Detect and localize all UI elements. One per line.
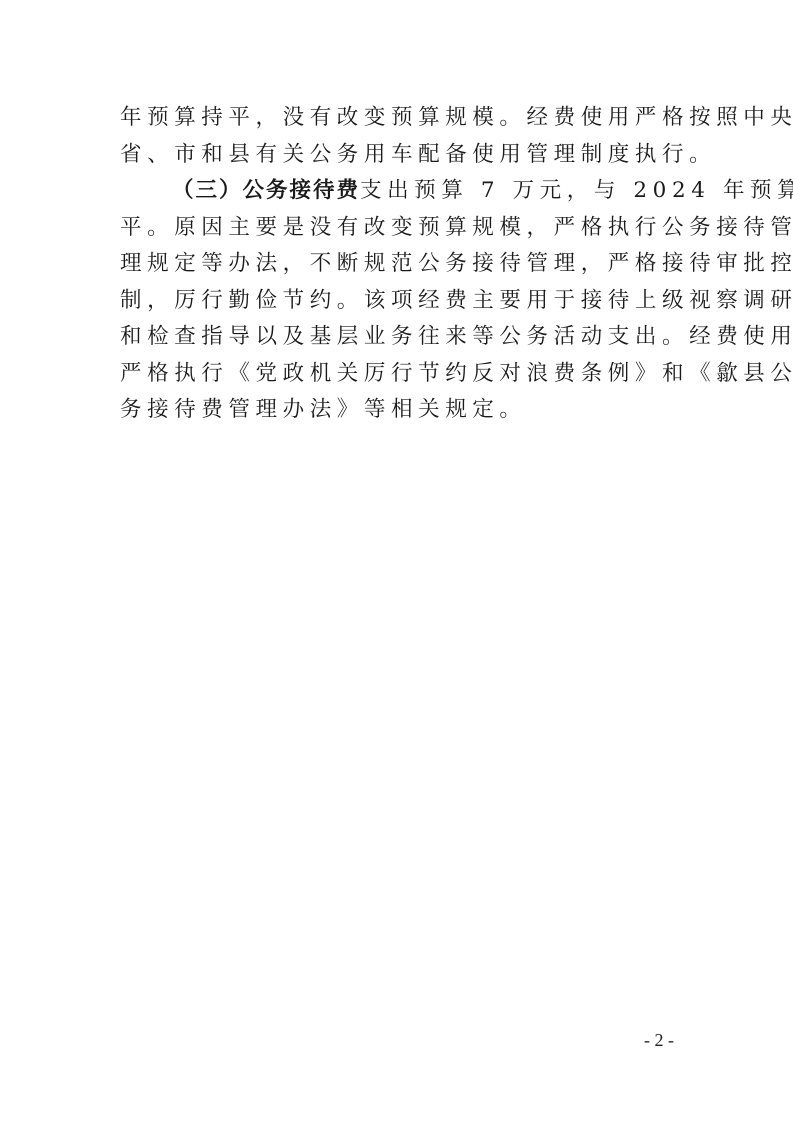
paragraph-line: 平。原因主要是没有改变预算规模，严格执行公务接待管 <box>120 210 676 247</box>
page-number: - 2 - <box>644 1030 674 1051</box>
section-heading: （三）公务接待费 <box>172 178 360 203</box>
paragraph-line: 年预算持平，没有改变预算规模。经费使用严格按照中央、 <box>120 100 676 137</box>
paragraph-line: 和检查指导以及基层业务往来等公务活动支出。经费使用 <box>120 319 676 356</box>
body-text: 年预算持平，没有改变预算规模。经费使用严格按照中央、 省、市和县有关公务用车配备… <box>120 100 676 429</box>
paragraph-line: 理规定等办法，不断规范公务接待管理，严格接待审批控 <box>120 246 676 283</box>
paragraph-line: 务接待费管理办法》等相关规定。 <box>120 392 676 429</box>
document-page: 年预算持平，没有改变预算规模。经费使用严格按照中央、 省、市和县有关公务用车配备… <box>0 0 793 1122</box>
paragraph-line: 省、市和县有关公务用车配备使用管理制度执行。 <box>120 137 676 174</box>
section-heading-line: （三）公务接待费支出预算 7 万元，与 2024 年预算持 <box>120 173 676 210</box>
section-first-line: 支出预算 7 万元，与 2024 年预算持 <box>360 178 793 203</box>
paragraph-line: 严格执行《党政机关厉行节约反对浪费条例》和《歙县公 <box>120 356 676 393</box>
paragraph-line: 制，厉行勤俭节约。该项经费主要用于接待上级视察调研 <box>120 283 676 320</box>
